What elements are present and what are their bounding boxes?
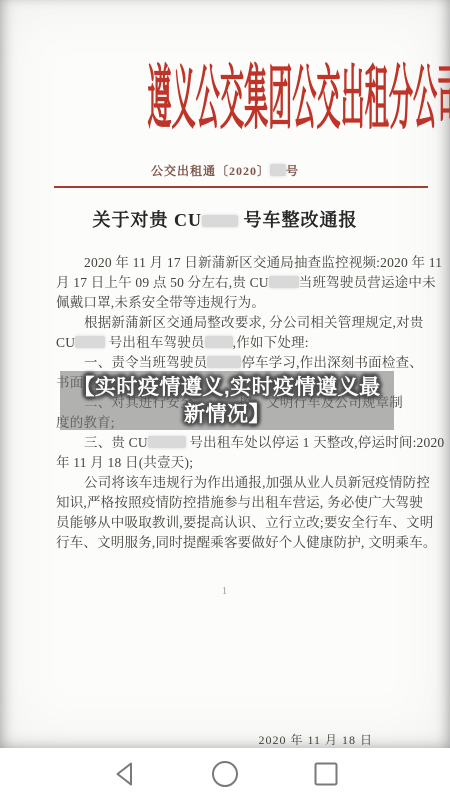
body-line: 员能够从中吸取教训,要提高认识、立行立改;要安全行车、文明 [56, 513, 430, 533]
body-line: 佩戴口罩,未系安全带等违规行为。 [56, 293, 430, 313]
body-line: 2020 年 11 月 17 日新蒲新区交通局抽查监控视频:2020 年 11 [56, 253, 430, 273]
watermark-overlay: 【实时疫情遵义,实时疫情遵义最 新情况】 [60, 371, 394, 430]
body-text: ,作如下处理: [233, 335, 309, 350]
body-text: 月 17 日上午 09 点 50 分左右,贵 CU [56, 275, 269, 290]
body-line: 一、责令当班驾驶员停车学习,作出深刻书面检查、 [56, 353, 430, 373]
nav-back-icon[interactable] [111, 760, 139, 793]
nav-home-icon[interactable] [210, 759, 240, 794]
redaction-blur [207, 356, 241, 368]
red-divider-line [54, 186, 428, 188]
body-text: 三、贵 CU [84, 435, 148, 450]
doc-number-after: 号 [286, 164, 299, 178]
watermark-line-2: 新情况】 [184, 401, 270, 428]
body-text: 知识,严格按照疫情防控措施参与出租车营运, 务必使广大驾驶 [56, 495, 423, 510]
doc-number: 公交出租通〔2020〕号 [0, 162, 450, 179]
doc-title-before: 关于对贵 CU [93, 210, 203, 230]
redaction-blur [75, 336, 105, 348]
body-line: 行车、文明服务,同时提醒乘客要做好个人健康防护, 文明乘车。 [56, 533, 430, 553]
redaction-blur [270, 164, 286, 176]
android-navbar [0, 748, 450, 800]
redaction-blur [148, 436, 186, 448]
page-number: 1 [222, 586, 227, 597]
redaction-blur [269, 276, 299, 288]
redaction-blur [202, 215, 238, 227]
body-line: 根据新蒲新区交通局整改要求, 分公司相关管理规定,对贵 [56, 313, 430, 333]
watermark-line-1: 【实时疫情遵义,实时疫情遵义最 [73, 374, 380, 401]
redaction-blur [205, 336, 233, 348]
doc-title: 关于对贵 CU 号车整改通报 [0, 206, 450, 232]
body-line: 年 11 月 18 日(共壹天); [56, 453, 430, 473]
body-line: 三、贵 CU 号出租车处以停运 1 天整改,停运时间:2020 [56, 433, 430, 453]
body-text: CU [56, 335, 75, 350]
body-text: 公司将该车违规行为作出通报,加强从业人员新冠疫情防控 [84, 475, 430, 490]
body-text: 当班驾驶员营运途中未 [299, 275, 436, 290]
body-text: 行车、文明服务,同时提醒乘客要做好个人健康防护, 文明乘车。 [56, 535, 437, 550]
body-text: 根据新蒲新区交通局整改要求, 分公司相关管理规定,对贵 [84, 315, 424, 330]
body-text: 号出租车处以停运 1 天整改,停运时间:2020 [186, 435, 445, 450]
body-line: CU 号出租车驾驶员,作如下处理: [56, 333, 430, 353]
body-text: 年 11 月 18 日(共壹天); [56, 455, 193, 470]
doc-title-after: 号车整改通报 [244, 210, 358, 230]
body-text: 佩戴口罩,未系安全带等违规行为。 [56, 295, 265, 310]
body-line: 月 17 日上午 09 点 50 分左右,贵 CU当班驾驶员营运途中未 [56, 273, 430, 293]
nav-recents-icon[interactable] [312, 760, 340, 793]
doc-date: 2020 年 11 月 18 日 [258, 731, 373, 748]
body-text: 号出租车驾驶员 [105, 335, 204, 350]
document-photo: 遵义公交集团公交出租分公司文件 公交出租通〔2020〕号 关于对贵 CU 号车整… [0, 0, 450, 750]
body-text: 一、责令当班驾驶员 [84, 355, 207, 370]
phone-screen: 遵义公交集团公交出租分公司文件 公交出租通〔2020〕号 关于对贵 CU 号车整… [0, 0, 450, 800]
body-line: 知识,严格按照疫情防控措施参与出租车营运, 务必使广大驾驶 [56, 493, 430, 513]
body-text: 停车学习,作出深刻书面检查、 [241, 355, 423, 370]
body-text: 2020 年 11 月 17 日新蒲新区交通局抽查监控视频:2020 年 11 [84, 255, 442, 270]
body-line: 公司将该车违规行为作出通报,加强从业人员新冠疫情防控 [56, 473, 430, 493]
body-text: 员能够从中吸取教训,要提高认识、立行立改;要安全行车、文明 [56, 515, 433, 530]
doc-number-before: 公交出租通〔2020〕 [151, 164, 270, 178]
letterhead-title: 遵义公交集团公交出租分公司文件 [147, 64, 302, 136]
